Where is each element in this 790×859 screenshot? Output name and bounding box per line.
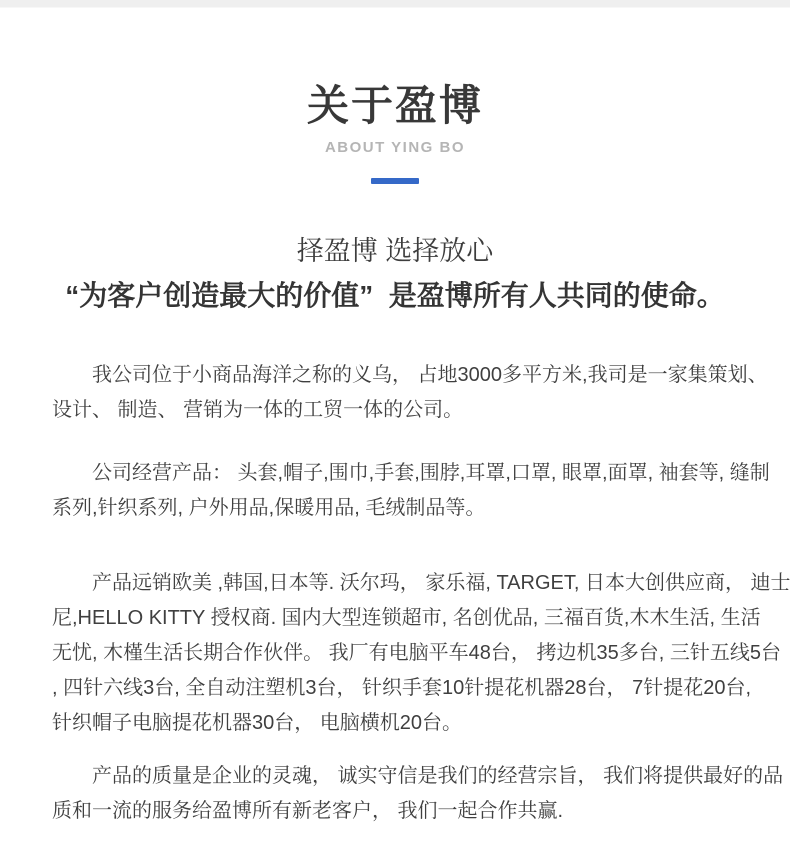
about-page: 关于盈博 ABOUT YING BO 择盈博 选择放心 “为客户创造最大的价值”… [0,0,790,859]
paragraph-company-location: 我公司位于小商品海洋之称的义乌， 占地3000多平方米,我司是一家集策划、 设计… [52,358,738,428]
section-header: 关于盈博 ABOUT YING BO [0,78,790,184]
paragraph-products: 公司经营产品： 头套,帽子,围巾,手套,围脖,耳罩,口罩, 眼罩,面罩, 袖套等… [52,456,738,526]
page-subtitle-en: ABOUT YING BO [0,138,790,158]
slogan-text: 择盈博 选择放心 [0,234,790,268]
paragraph-markets-equipment: 产品远销欧美 ,韩国,日本等. 沃尔玛， 家乐福, TARGET, 日本大创供应… [52,566,738,741]
accent-divider [371,178,419,184]
mission-statement: “为客户创造最大的价值” 是盈博所有人共同的使命。 [0,278,790,314]
paragraph-quality-pledge: 产品的质量是企业的灵魂， 诚实守信是我们的经营宗旨， 我们将提供最好的品 质和一… [52,759,738,829]
top-strip-divider [0,0,790,8]
page-title: 关于盈博 [0,78,790,134]
company-introduction: 我公司位于小商品海洋之称的义乌， 占地3000多平方米,我司是一家集策划、 设计… [0,358,790,829]
